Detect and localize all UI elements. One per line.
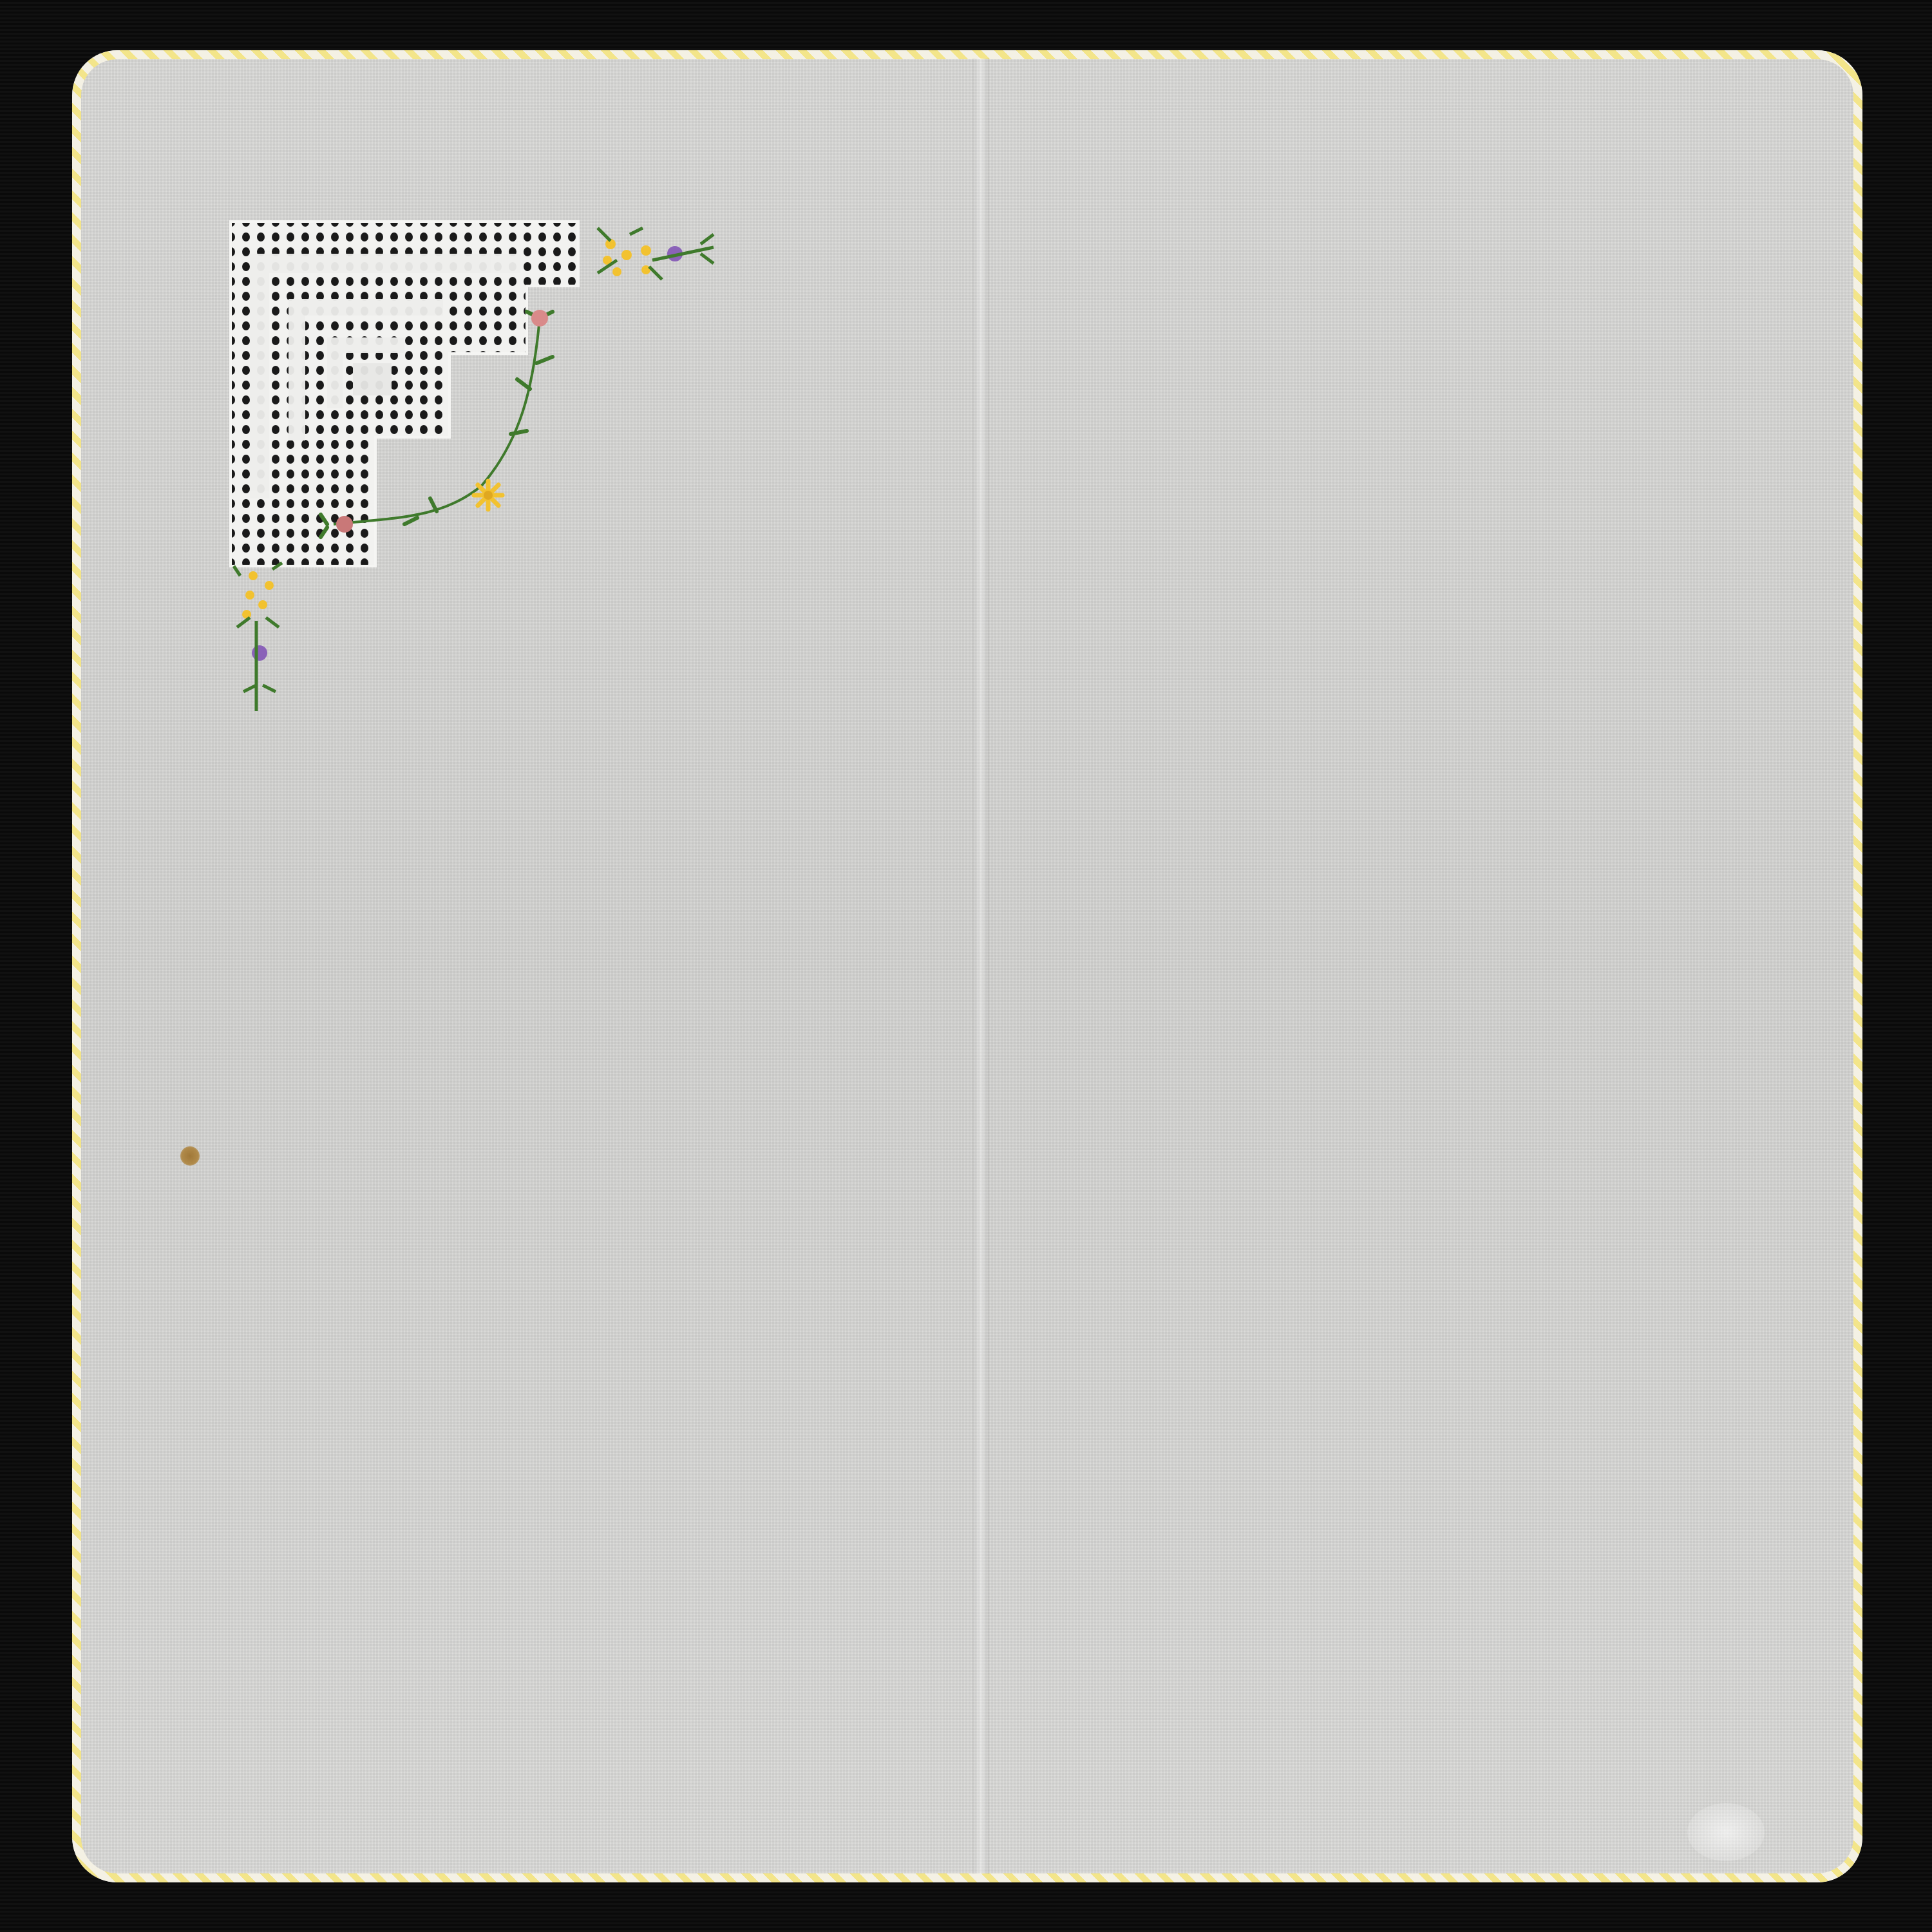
corner-crease <box>1687 1803 1765 1861</box>
top-flower-spray <box>598 228 714 279</box>
left-flower-spray <box>234 563 282 711</box>
brown-stain <box>180 1146 200 1166</box>
yellow-daisy <box>474 481 502 509</box>
center-fold-line <box>972 58 989 1874</box>
pink-rosebud-bottom <box>336 516 353 533</box>
drawn-thread-lace-corner <box>224 215 739 730</box>
pink-rosebud-top <box>531 310 548 327</box>
